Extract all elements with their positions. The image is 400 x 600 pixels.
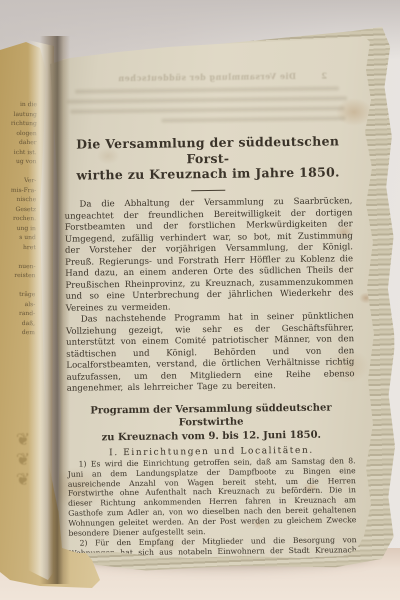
page-title-line1: Die Versammlung der süddeutschen Forst-: [64, 133, 352, 168]
showthrough-header-text: Die Versammlung der süddeutschen: [118, 71, 296, 83]
page-title-line2: wirthe zu Kreuznach im Jahre 1850.: [64, 164, 352, 183]
main-page: Die Versammlung der süddeutschen 2 Die V…: [48, 36, 378, 560]
showthrough-line: [75, 86, 340, 94]
paragraph-2: Das nachstehende Programm hat in seiner …: [66, 311, 355, 395]
showthrough-text: Die Versammlung der süddeutschen 2: [63, 70, 352, 124]
program-item-1: 1) Es wird die Einrichtung getroffen sei…: [68, 456, 357, 538]
paragraph-1: Da die Abhaltung der Versammlung zu Saar…: [64, 196, 353, 315]
showthrough-line: [161, 116, 345, 123]
showthrough-running-header: Die Versammlung der süddeutschen 2: [63, 70, 351, 84]
page-title: Die Versammlung der süddeutschen Forst- …: [64, 133, 353, 183]
left-page-curl-highlight: [28, 40, 54, 580]
program-heading-line1: Programm der Versammlung süddeutscher Fo…: [67, 401, 355, 432]
showthrough-line: [70, 106, 344, 114]
program-heading: Programm der Versammlung süddeutscher Fo…: [67, 401, 355, 445]
title-divider-rule: [191, 189, 225, 191]
showthrough-line: [67, 96, 346, 104]
page-text-block: Die Versammlung der süddeutschen 2 Die V…: [63, 70, 357, 593]
book-photo: in die lautung richtung ologen daher ich…: [0, 0, 400, 600]
program-heading-line2: zu Kreuznach vom 9. bis 12. Juni 1850.: [67, 428, 355, 445]
showthrough-page-number: 2: [321, 71, 327, 81]
